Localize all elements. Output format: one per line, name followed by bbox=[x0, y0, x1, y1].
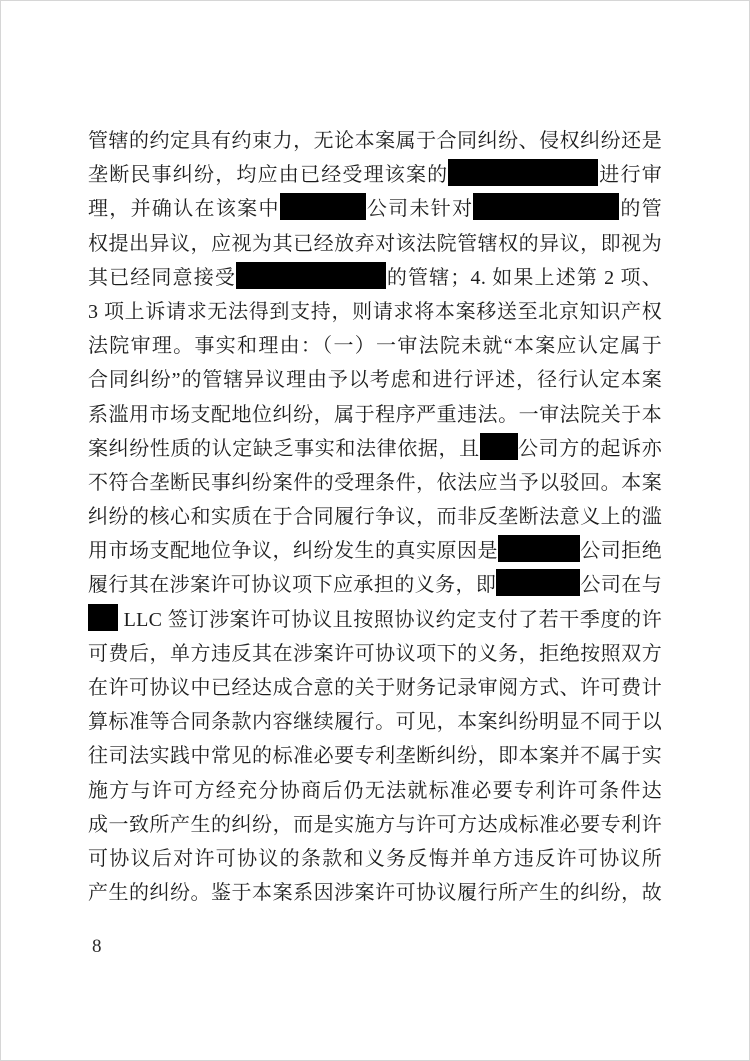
text-segment: 公司拒绝 bbox=[580, 540, 662, 562]
text-line: 管辖的约定具有约束力，无论本案属于合同纠纷、侵权纠纷还是 bbox=[88, 124, 662, 158]
text-line: 施方与许可方经充分协商后仍无法就标准必要专利许可条件达 bbox=[88, 774, 662, 808]
text-segment: 施方与许可方经充分协商后仍无法就标准必要专利许可条件达 bbox=[88, 780, 662, 802]
text-segment: 系滥用市场支配地位纠纷，属于程序严重违法。一审法院关于本 bbox=[88, 404, 662, 426]
text-line: 履行其在涉案许可协议项下应承担的义务，即公司在与 bbox=[88, 568, 662, 602]
redaction-box bbox=[236, 262, 386, 289]
text-segment: 不符合垄断民事纠纷案件的受理条件，依法应当予以驳回。本案 bbox=[88, 472, 662, 494]
redaction-box bbox=[496, 569, 580, 596]
text-segment: 其已经同意接受 bbox=[88, 267, 236, 289]
redaction-box bbox=[498, 535, 580, 562]
text-segment: 可协议后对许可协议的条款和义务反悔并单方违反许可协议所 bbox=[88, 848, 662, 870]
redaction-box bbox=[88, 604, 118, 631]
text-segment: 公司方的起诉亦 bbox=[518, 438, 662, 460]
text-line: 其已经同意接受的管辖；4. 如果上述第 2 项、第 bbox=[88, 261, 662, 295]
document-page: 管辖的约定具有约束力，无论本案属于合同纠纷、侵权纠纷还是垄断民事纠纷，均应由已经… bbox=[0, 0, 750, 1061]
text-segment: 权提出异议，应视为其已经放弃对该法院管辖权的异议，即视为 bbox=[88, 233, 662, 255]
redaction-box bbox=[480, 433, 518, 460]
text-segment: 算标准等合同条款内容继续履行。可见，本案纠纷明显不同于以 bbox=[88, 711, 662, 733]
page-number: 8 bbox=[92, 936, 102, 958]
text-line: 产生的纠纷。鉴于本案系因涉案许可协议履行所产生的纠纷，故 bbox=[88, 876, 662, 910]
text-line: 成一致所产生的纠纷，而是实施方与许可方达成标准必要专利许 bbox=[88, 808, 662, 842]
redaction-box bbox=[448, 159, 598, 186]
text-segment: 3 项上诉请求无法得到支持，则请求将本案移送至北京知识产权 bbox=[88, 301, 662, 323]
text-line: 3 项上诉请求无法得到支持，则请求将本案移送至北京知识产权 bbox=[88, 295, 662, 329]
text-segment: 公司未针对 bbox=[366, 198, 474, 220]
text-segment: 成一致所产生的纠纷，而是实施方与许可方达成标准必要专利许 bbox=[88, 814, 662, 836]
body-text: 管辖的约定具有约束力，无论本案属于合同纠纷、侵权纠纷还是垄断民事纠纷，均应由已经… bbox=[88, 124, 662, 910]
text-segment: 往司法实践中常见的标准必要专利垄断纠纷，即本案并不属于实 bbox=[88, 745, 662, 767]
text-segment: 用市场支配地位争议，纠纷发生的真实原因是 bbox=[88, 540, 498, 562]
text-segment: 垄断民事纠纷，均应由已经受理该案的 bbox=[88, 164, 448, 186]
text-segment: 可费后，单方违反其在涉案许可协议项下的义务，拒绝按照双方 bbox=[88, 643, 662, 665]
text-segment: 法院审理。事实和理由：（一）一审法院未就“本案应认定属于 bbox=[88, 335, 662, 357]
text-line: 在许可协议中已经达成合意的关于财务记录审阅方式、许可费计 bbox=[88, 671, 662, 705]
text-line: 纠纷的核心和实质在于合同履行争议，而非反垄断法意义上的滥 bbox=[88, 500, 662, 534]
text-line: 可协议后对许可协议的条款和义务反悔并单方违反许可协议所 bbox=[88, 842, 662, 876]
text-line: 法院审理。事实和理由：（一）一审法院未就“本案应认定属于 bbox=[88, 329, 662, 363]
redaction-box bbox=[473, 193, 619, 220]
text-segment: 履行其在涉案许可协议项下应承担的义务，即 bbox=[88, 574, 496, 596]
text-segment: 理，并确认在该案中 bbox=[88, 198, 280, 220]
text-line: 垄断民事纠纷，均应由已经受理该案的进行审 bbox=[88, 158, 662, 192]
text-line: 用市场支配地位争议，纠纷发生的真实原因是公司拒绝 bbox=[88, 534, 662, 568]
text-segment: 案纠纷性质的认定缺乏事实和法律依据，且 bbox=[88, 438, 480, 460]
text-segment: 纠纷的核心和实质在于合同履行争议，而非反垄断法意义上的滥 bbox=[88, 506, 662, 528]
text-line: 合同纠纷”的管辖异议理由予以考虑和进行评述，径行认定本案 bbox=[88, 363, 662, 397]
text-segment: 公司在与 bbox=[580, 574, 662, 596]
text-line: 算标准等合同条款内容继续履行。可见，本案纠纷明显不同于以 bbox=[88, 705, 662, 739]
text-segment: 管辖的约定具有约束力，无论本案属于合同纠纷、侵权纠纷还是 bbox=[88, 130, 662, 152]
text-segment: LLC 签订涉案许可协议且按照协议约定支付了若干季度的许 bbox=[118, 609, 662, 631]
redaction-box bbox=[280, 193, 366, 220]
text-line: 案纠纷性质的认定缺乏事实和法律依据，且公司方的起诉亦 bbox=[88, 432, 662, 466]
text-line: 往司法实践中常见的标准必要专利垄断纠纷，即本案并不属于实 bbox=[88, 739, 662, 773]
text-line: 可费后，单方违反其在涉案许可协议项下的义务，拒绝按照双方 bbox=[88, 637, 662, 671]
text-line: 系滥用市场支配地位纠纷，属于程序严重违法。一审法院关于本 bbox=[88, 398, 662, 432]
text-line: LLC 签订涉案许可协议且按照协议约定支付了若干季度的许 bbox=[88, 603, 662, 637]
text-line: 不符合垄断民事纠纷案件的受理条件，依法应当予以驳回。本案 bbox=[88, 466, 662, 500]
text-segment: 进行审 bbox=[598, 164, 662, 186]
text-segment: 在许可协议中已经达成合意的关于财务记录审阅方式、许可费计 bbox=[88, 677, 662, 699]
text-segment: 产生的纠纷。鉴于本案系因涉案许可协议履行所产生的纠纷，故 bbox=[88, 882, 662, 904]
text-line: 理，并确认在该案中公司未针对的管辖 bbox=[88, 192, 662, 226]
text-line: 权提出异议，应视为其已经放弃对该法院管辖权的异议，即视为 bbox=[88, 227, 662, 261]
text-segment: 合同纠纷”的管辖异议理由予以考虑和进行评述，径行认定本案 bbox=[88, 369, 662, 391]
